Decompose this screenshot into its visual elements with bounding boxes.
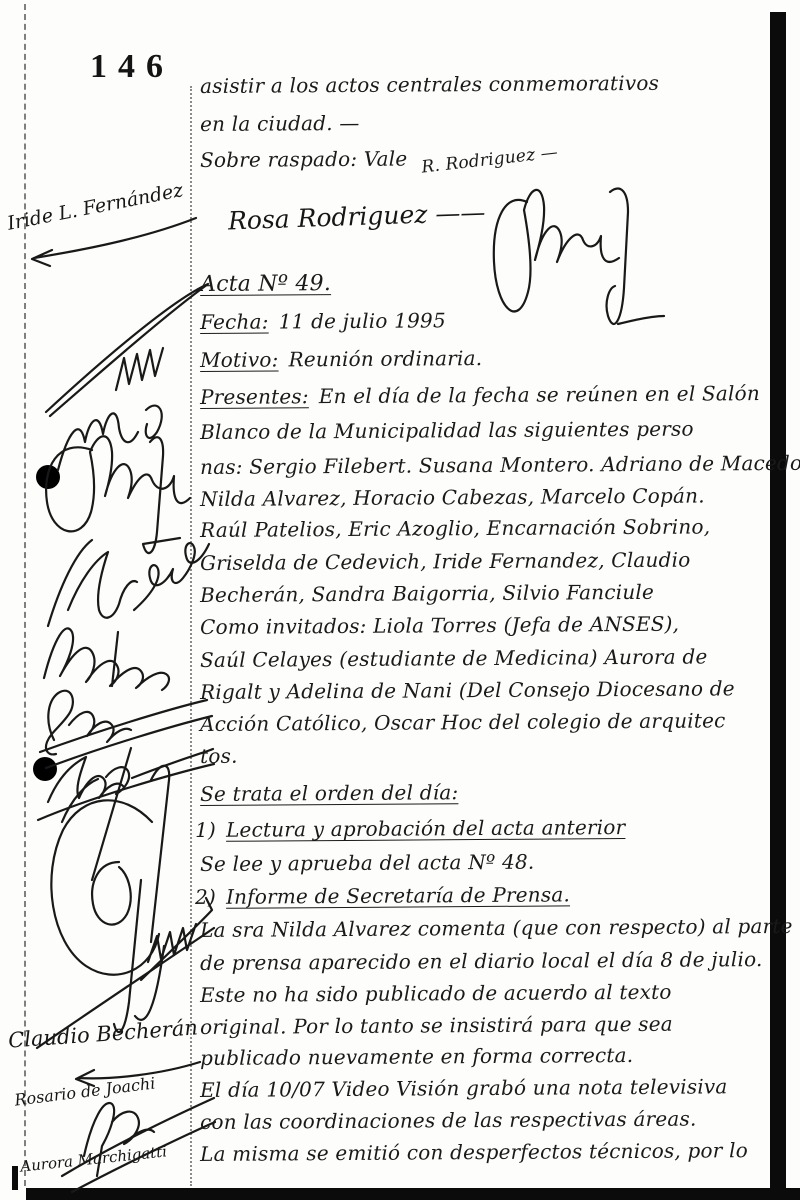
large-signature-flourish <box>482 170 722 365</box>
fecha-value: 11 de julio 1995 <box>279 308 446 333</box>
correction-note: Sobre raspado: ValeR. Rodriguez — <box>200 145 559 172</box>
informe-line: original. Por lo tanto se insistirá para… <box>200 1012 673 1039</box>
signature-scribble <box>494 190 619 312</box>
fecha-line: Fecha:11 de julio 1995 <box>200 308 446 334</box>
page-number: 146 <box>90 48 174 86</box>
signature-scribble <box>58 406 162 470</box>
motivo-value: Reunión ordinaria. <box>288 346 482 371</box>
signature-scribble <box>44 628 169 690</box>
signature-scribble <box>84 1103 154 1176</box>
margin-signatures <box>0 180 216 1196</box>
signature-scribble <box>607 189 664 324</box>
signature-scribble <box>37 928 214 1048</box>
presentes-line: nas: Sergio Filebert. Susana Montero. Ad… <box>200 451 800 479</box>
orden-item-1-text: Lectura y aprobación del acta anterior <box>226 815 626 842</box>
signature-scribble <box>92 862 131 925</box>
presentes-line: Presentes:En el día de la fecha se reúne… <box>200 381 760 409</box>
signature-scribble <box>134 543 209 610</box>
acta-title: Acta Nº 49. <box>200 271 331 297</box>
signature-rosa-rodriguez: Rosa Rodriguez —— <box>228 198 486 236</box>
orden-item-2: 2)Informe de Secretaría de Prensa. <box>195 882 570 909</box>
orden-item-1: 1)Lectura y aprobación del acta anterior <box>195 815 625 842</box>
informe-line: El día 10/07 Video Visión grabó una nota… <box>200 1074 728 1102</box>
presentes-intro: En el día de la fecha se reúnen en el Sa… <box>319 381 760 408</box>
informe-line: Este no ha sido publicado de acuerdo al … <box>200 980 672 1007</box>
correction-note-text: Sobre raspado: Vale <box>200 147 407 172</box>
informe-line: con las coordinaciones de las respectiva… <box>200 1107 697 1134</box>
signature-scribble <box>114 766 169 1032</box>
presentes-line: Acción Católico, Oscar Hoc del colegio d… <box>200 708 726 736</box>
motivo-line: Motivo:Reunión ordinaria. <box>200 346 482 372</box>
presentes-line: Blanco de la Municipalidad las siguiente… <box>200 417 694 444</box>
presentes-line: Nilda Alvarez, Horacio Cabezas, Marcelo … <box>200 483 705 511</box>
presentes-line: Rigalt y Adelina de Nani (Del Consejo Di… <box>200 676 735 704</box>
informe-line: La misma se emitió con desperfectos técn… <box>200 1138 748 1166</box>
informe-line: La sra Nilda Alvarez comenta (que con re… <box>200 914 793 942</box>
presentes-line: Becherán, Sandra Baigorria, Silvio Fanci… <box>200 580 654 607</box>
signature-scribble <box>46 284 208 416</box>
informe-line: de prensa aparecido en el diario local e… <box>200 947 763 975</box>
presentes-line: Raúl Patelios, Eric Azoglio, Encarnación… <box>200 514 710 542</box>
signature-scribble <box>48 540 137 626</box>
signature-scribble <box>62 748 131 880</box>
orden-item-1-result: Se lee y aprueba del acta Nº 48. <box>200 850 535 876</box>
orden-heading: Se trata el orden del día: <box>200 780 458 806</box>
signature-scribble <box>62 1098 215 1192</box>
signature-scribble <box>46 436 190 531</box>
orden-item-2-text: Informe de Secretaría de Prensa. <box>226 882 570 908</box>
presentes-line: Saúl Celayes (estudiante de Medicina) Au… <box>200 644 708 672</box>
presentes-line: Como invitados: Liola Torres (Jefa de AN… <box>200 612 679 639</box>
presentes-label: Presentes: <box>200 384 309 409</box>
signature-flourish <box>76 1062 200 1086</box>
handwritten-line: asistir a los actos centrales conmemorat… <box>200 71 659 98</box>
signature-scribble <box>51 800 159 974</box>
presentes-line: Griselda de Cedevich, Iride Fernandez, C… <box>200 548 690 575</box>
scan-border-right <box>770 12 786 1200</box>
handwritten-line: en la ciudad. — <box>200 111 360 136</box>
scanned-page: 146 asistir a los actos centrales conmem… <box>0 0 800 1200</box>
informe-line: publicado nuevamente en forma correcta. <box>200 1043 633 1070</box>
signature-flourish <box>32 218 196 266</box>
